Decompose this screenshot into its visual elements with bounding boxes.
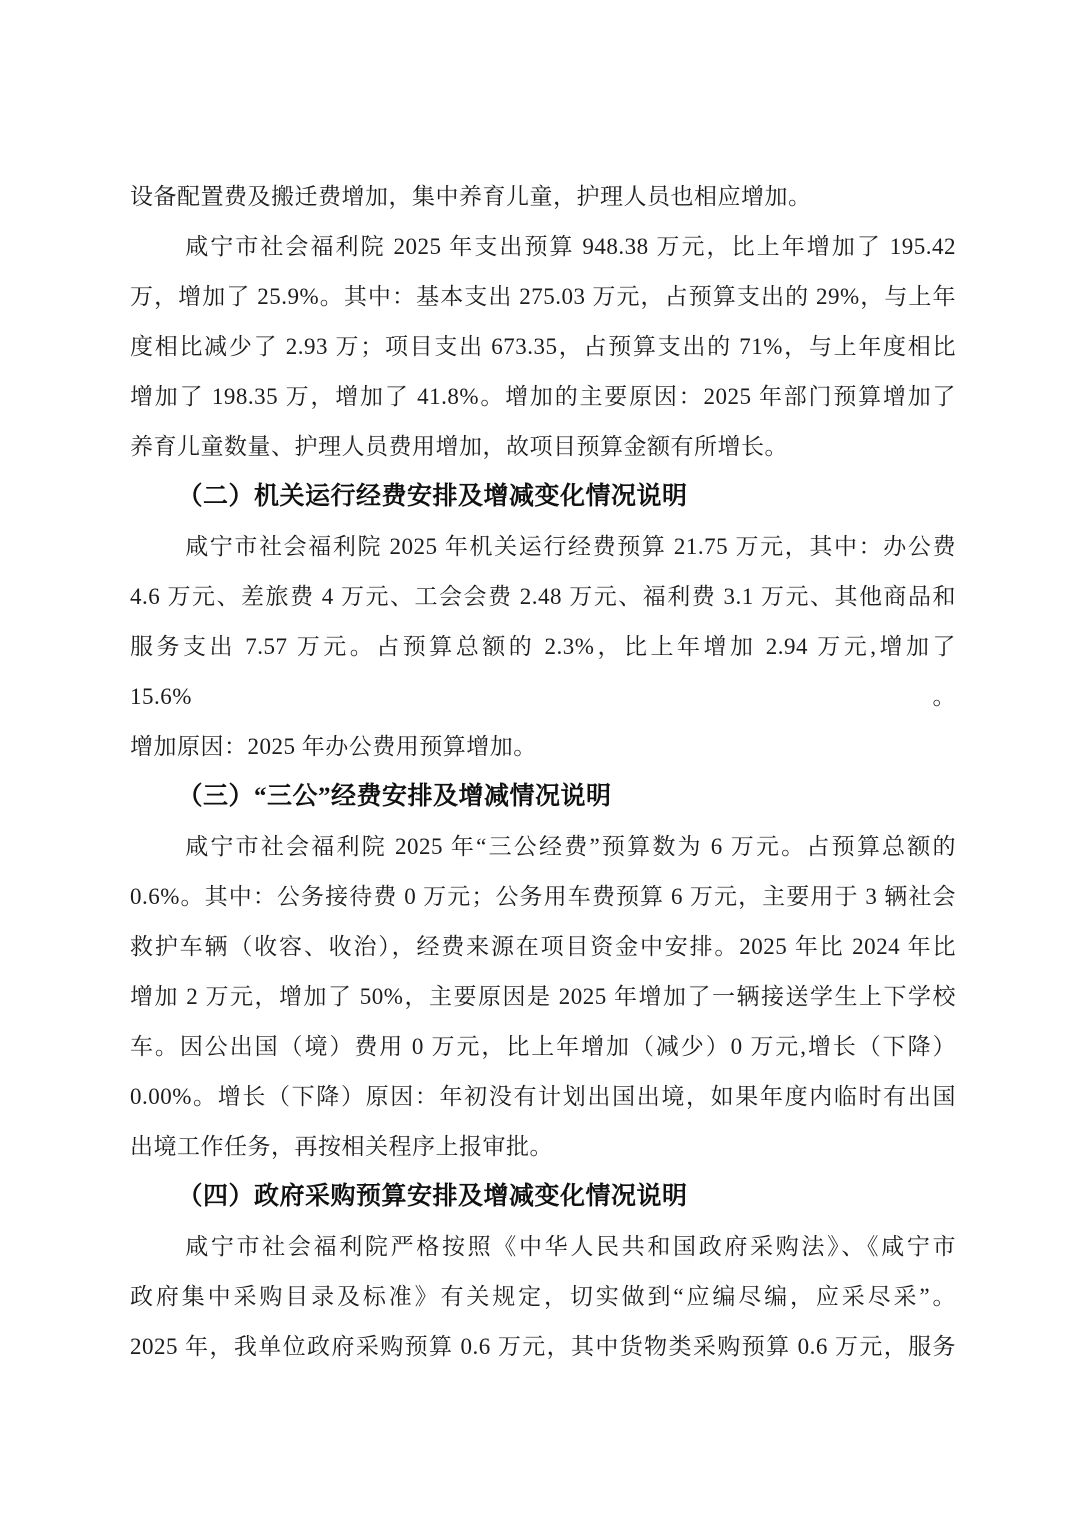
text-line: 增加原因：2025 年办公费用预算增加。 [130,722,956,772]
text-line: 万，增加了 25.9%。其中：基本支出 275.03 万元，占预算支出的 29%… [130,272,956,322]
text-line: 增加 2 万元，增加了 50%，主要原因是 2025 年增加了一辆接送学生上下学… [130,972,956,1022]
document-body: 设备配置费及搬迁费增加，集中养育儿童，护理人员也相应增加。咸宁市社会福利院 20… [130,172,956,1372]
text-line: 出境工作任务，再按相关程序上报审批。 [130,1122,956,1172]
text-line: 咸宁市社会福利院严格按照《中华人民共和国政府采购法》、《咸宁市 [130,1222,956,1272]
text-line: 增加了 198.35 万，增加了 41.8%。增加的主要原因：2025 年部门预… [130,372,956,422]
text-line: 度相比减少了 2.93 万；项目支出 673.35，占预算支出的 71%，与上年… [130,322,956,372]
text-line: 政府集中采购目录及标准》有关规定，切实做到“应编尽编，应采尽采”。 [130,1272,956,1322]
text-line: 咸宁市社会福利院 2025 年支出预算 948.38 万元，比上年增加了 195… [130,222,956,272]
section-heading: （三）“三公”经费安排及增减情况说明 [130,772,956,822]
text-line: 车。因公出国（境）费用 0 万元，比上年增加（减少）0 万元,增长（下降） [130,1022,956,1072]
text-line: 4.6 万元、差旅费 4 万元、工会会费 2.48 万元、福利费 3.1 万元、… [130,572,956,622]
section-heading: （四）政府采购预算安排及增减变化情况说明 [130,1172,956,1222]
text-line: 0.00%。增长（下降）原因：年初没有计划出国出境，如果年度内临时有出国 [130,1072,956,1122]
text-line: 咸宁市社会福利院 2025 年“三公经费”预算数为 6 万元。占预算总额的 [130,822,956,872]
text-line: 设备配置费及搬迁费增加，集中养育儿童，护理人员也相应增加。 [130,172,956,222]
section-heading: （二）机关运行经费安排及增减变化情况说明 [130,472,956,522]
text-line: 服务支出 7.57 万元。占预算总额的 2.3%，比上年增加 2.94 万元,增… [130,622,956,722]
text-line: 咸宁市社会福利院 2025 年机关运行经费预算 21.75 万元，其中：办公费 [130,522,956,572]
text-line: 2025 年，我单位政府采购预算 0.6 万元，其中货物类采购预算 0.6 万元… [130,1322,956,1372]
text-line: 养育儿童数量、护理人员费用增加，故项目预算金额有所增长。 [130,422,956,472]
text-line: 0.6%。其中：公务接待费 0 万元；公务用车费预算 6 万元，主要用于 3 辆… [130,872,956,922]
text-line: 救护车辆（收容、收治），经费来源在项目资金中安排。2025 年比 2024 年比 [130,922,956,972]
document-page: 设备配置费及搬迁费增加，集中养育儿童，护理人员也相应增加。咸宁市社会福利院 20… [0,0,1074,1520]
